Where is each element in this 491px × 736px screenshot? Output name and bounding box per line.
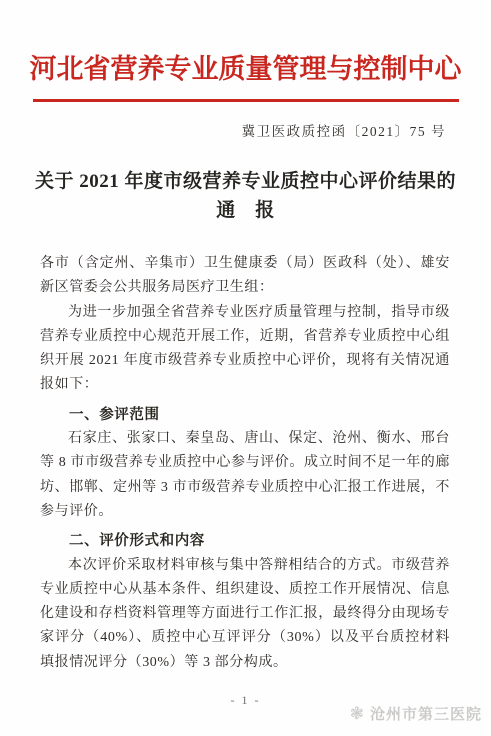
- hospital-watermark: ❃ 沧州市第三医院: [350, 703, 482, 724]
- intro-paragraph: 为进一步加强全省营养专业医疗质量管理与控制，指导市级营养专业质控中心规范开展工作…: [40, 301, 450, 398]
- document-page: 河北省营养专业质量管理与控制中心 冀卫医政质控函〔2021〕75 号 关于 20…: [0, 0, 491, 736]
- document-title-line2: 通 报: [216, 200, 275, 221]
- document-title: 关于 2021 年度市级营养专业质控中心评价结果的 通 报: [0, 167, 491, 225]
- hospital-watermark-text: 沧州市第三医院: [370, 703, 482, 724]
- section-1-body: 石家庄、张家口、秦皇岛、唐山、保定、沧州、衡水、邢台等 8 市市级营养专业质控中…: [40, 427, 450, 524]
- section-2-heading: 二、评价形式和内容: [40, 529, 450, 553]
- document-body: 各市（含定州、辛集市）卫生健康委（局）医政科（处）、雄安新区管委会公共服务局医疗…: [40, 252, 450, 675]
- section-2-body: 本次评价采取材料审核与集中答辩相结合的方式。市级营养专业质控中心从基本条件、组织…: [40, 554, 450, 675]
- document-title-line1: 关于 2021 年度市级营养专业质控中心评价结果的: [35, 171, 456, 192]
- issuing-org-title: 河北省营养专业质量管理与控制中心: [0, 0, 491, 87]
- red-header-divider: [33, 99, 459, 102]
- document-reference-number: 冀卫医政质控函〔2021〕75 号: [0, 123, 491, 141]
- section-1-heading: 一、参评范围: [40, 403, 450, 427]
- flower-logo-icon: ❃: [350, 705, 365, 722]
- salutation: 各市（含定州、辛集市）卫生健康委（局）医政科（处）、雄安新区管委会公共服务局医疗…: [40, 252, 450, 301]
